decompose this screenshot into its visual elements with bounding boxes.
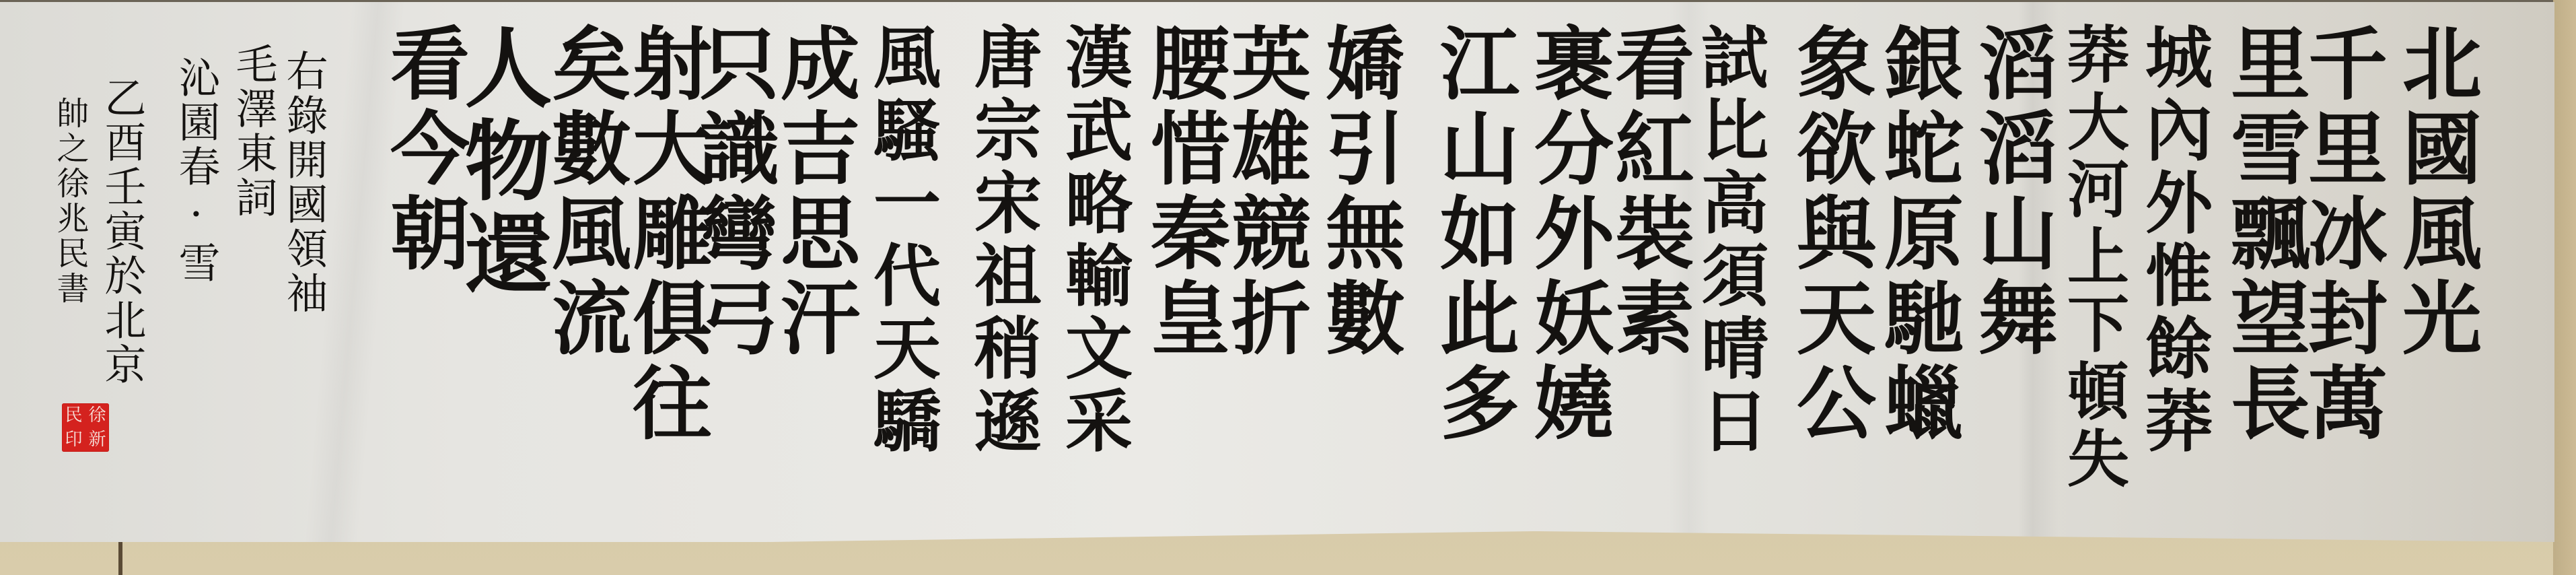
photo-scene: 北國風光 千里冰封萬 里雪飄望長 城內外惟餘莽 莽大河上下頓失 滔滔山舞 銀蛇原… bbox=[0, 0, 2576, 575]
poem-column-5: 莽大河上下頓失 bbox=[2063, 22, 2124, 494]
poem-column-22: 矣數風流 bbox=[545, 22, 624, 362]
inscription-column-2: 毛澤東詞 bbox=[232, 42, 274, 220]
red-seal-stamp: 徐 新 民 印 bbox=[62, 403, 109, 452]
poem-column-20: 只識彎弓 bbox=[693, 22, 773, 362]
poem-column-4: 城內外惟餘莽 bbox=[2140, 22, 2207, 459]
inscription-column-3: 沁園春·雪 bbox=[175, 56, 217, 285]
seal-char-4: 印 bbox=[62, 428, 85, 452]
poem-column-1: 北國風光 bbox=[2396, 22, 2475, 362]
poem-column-2: 千里冰封萬 bbox=[2301, 22, 2381, 446]
poem-column-24: 看今朝 bbox=[384, 22, 463, 277]
calligraphy-scroll: 北國風光 千里冰封萬 里雪飄望長 城內外惟餘莽 莽大河上下頓失 滔滔山舞 銀蛇原… bbox=[0, 2, 2554, 542]
poem-column-11: 裹分外妖嬈 bbox=[1528, 22, 1607, 446]
inscription-column-4: 乙酉壬寅於北京 bbox=[101, 76, 143, 387]
poem-column-12: 江山如此多 bbox=[1433, 22, 1513, 446]
poem-column-3: 里雪飄望長 bbox=[2224, 22, 2303, 446]
poem-column-16: 漢武略輸文采 bbox=[1060, 22, 1127, 459]
floor-tile-seam bbox=[118, 541, 122, 575]
seal-char-1: 徐 bbox=[85, 403, 109, 428]
poem-column-7: 銀蛇原馳蠟 bbox=[1877, 22, 1957, 446]
poem-column-23: 人物還 bbox=[458, 22, 545, 301]
inscription-column-5: 帥之徐兆民書 bbox=[54, 96, 86, 306]
poem-column-18: 風騷一代天驕 bbox=[868, 22, 935, 459]
seal-char-3: 民 bbox=[62, 403, 85, 428]
poem-column-14: 英雄競折 bbox=[1225, 22, 1304, 362]
poem-column-17: 唐宗宋祖稍遜 bbox=[969, 22, 1036, 459]
poem-column-6: 滔滔山舞 bbox=[1972, 22, 2051, 362]
poem-column-19: 成吉思汗 bbox=[774, 22, 853, 362]
inscription-column-1: 右錄開國領袖 bbox=[283, 49, 324, 316]
poem-column-10: 看紅裝素 bbox=[1608, 22, 1688, 362]
poem-column-9: 試比高須晴日 bbox=[1696, 22, 1763, 459]
poem-column-21: 射大雕俱往 bbox=[626, 22, 705, 446]
wall-background bbox=[2553, 0, 2576, 575]
poem-column-15: 腰惜秦皇 bbox=[1144, 22, 1223, 362]
seal-char-2: 新 bbox=[85, 428, 109, 452]
poem-column-13: 嬌引無數 bbox=[1319, 22, 1398, 362]
poem-column-8: 象欲與天公 bbox=[1790, 22, 1869, 446]
